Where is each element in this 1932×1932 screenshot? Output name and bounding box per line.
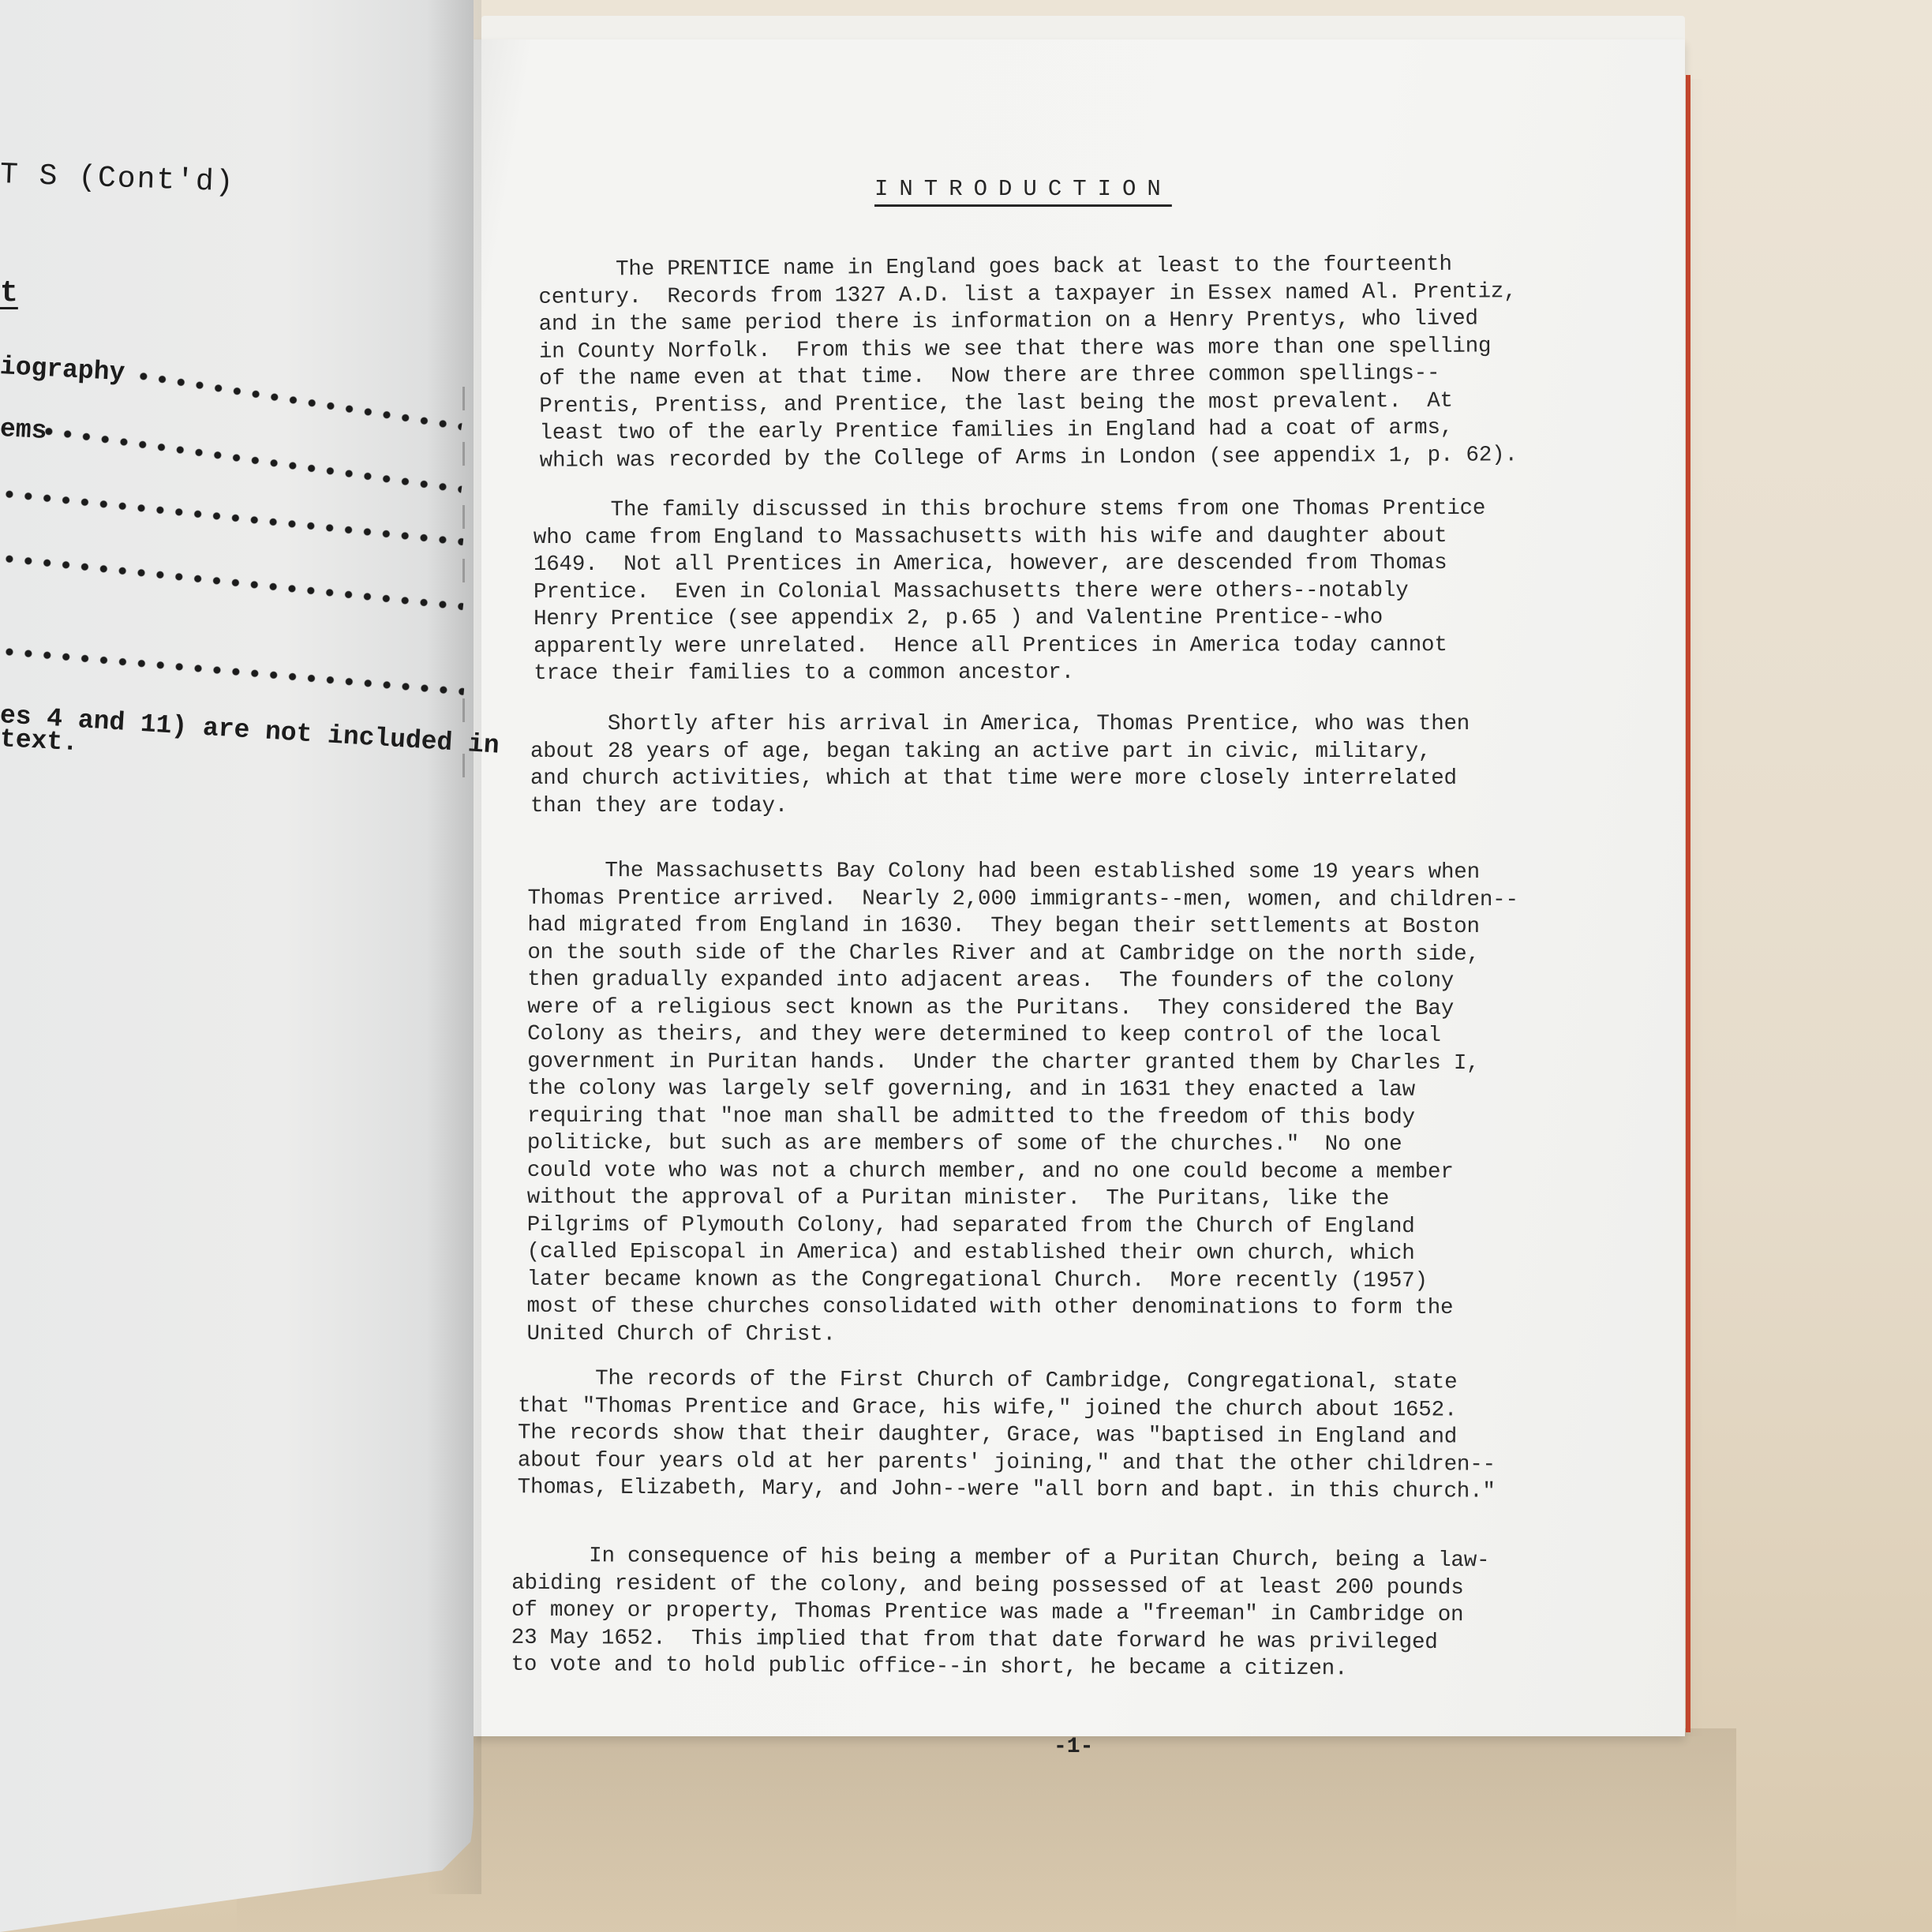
paragraph-2: The family discussed in this brochure st… (534, 496, 1486, 688)
text-line: of money or property, Thomas Prentice wa… (511, 1597, 1489, 1630)
text-line: Pilgrims of Plymouth Colony, had separat… (527, 1211, 1518, 1241)
gutter-shadow (426, 0, 481, 1894)
paragraph-6: In consequence of his being a member of … (511, 1543, 1490, 1684)
text-line: on the south side of the Charles River a… (527, 939, 1518, 968)
text-line: (called Episcopal in America) and establ… (527, 1239, 1518, 1268)
text-line: The records show that their daughter, Gr… (518, 1420, 1496, 1451)
text-line: than they are today. (530, 793, 1470, 821)
text-line: government in Puritan hands. Under the c… (527, 1048, 1518, 1077)
text-line: apparently were unrelated. Hence all Pre… (534, 631, 1485, 661)
text-line: The family discussed in this brochure st… (534, 496, 1485, 525)
text-line: The records of the First Church of Cambr… (518, 1365, 1496, 1397)
text-line: Thomas Prentice arrived. Nearly 2,000 im… (527, 885, 1518, 914)
paragraph-1: The PRENTICE name in England goes back a… (538, 251, 1518, 475)
text-line: politicke, but such as are members of so… (527, 1130, 1518, 1159)
text-line: without the approval of a Puritan minist… (527, 1185, 1518, 1214)
text-line: had migrated from England in 1630. They … (527, 912, 1518, 942)
text-line: were of a religious sect known as the Pu… (527, 994, 1518, 1023)
text-line: about four years old at her parents' joi… (518, 1447, 1496, 1479)
text-line: Prentice. Even in Colonial Massachusetts… (534, 577, 1485, 606)
text-line: and church activities, which at that tim… (530, 766, 1470, 793)
contents-subheading: t (0, 276, 18, 310)
text-line: that "Thomas Prentice and Grace, his wif… (518, 1393, 1496, 1425)
page-title: INTRODUCTION (874, 176, 1172, 202)
text-line: 1649. Not all Prentices in America, howe… (534, 550, 1485, 579)
text-line: then gradually expanded into adjacent ar… (527, 967, 1518, 996)
text-line: United Church of Christ. (526, 1320, 1517, 1350)
text-line: about 28 years of age, began taking an a… (530, 739, 1470, 766)
paragraph-3: Shortly after his arrival in America, Th… (530, 711, 1470, 820)
page-number-fragment (462, 442, 465, 466)
text-line: Shortly after his arrival in America, Th… (530, 711, 1470, 739)
contents-note-line: text. (0, 724, 79, 758)
text-line: the colony was largely self governing, a… (527, 1076, 1518, 1105)
page-number-fragment (462, 698, 465, 722)
page-number-fragment (462, 387, 465, 410)
page-number-fragment (462, 754, 465, 777)
text-line: could vote who was not a church member, … (527, 1157, 1518, 1186)
text-line: most of these churches consolidated with… (527, 1294, 1518, 1323)
left-page (0, 0, 474, 1932)
text-line: Colony as theirs, and they were determin… (527, 1021, 1518, 1050)
page-number-fragment (462, 505, 465, 529)
text-line: requiring that "noe man shall be admitte… (527, 1103, 1518, 1132)
text-line: Henry Prentice (see appendix 2, p.65 ) a… (534, 605, 1485, 634)
text-line: In consequence of his being a member of … (511, 1543, 1489, 1575)
text-line: Thomas, Elizabeth, Mary, and John--were … (518, 1474, 1496, 1506)
page-number-fragment (462, 559, 465, 582)
text-line: who came from England to Massachusetts w… (534, 522, 1485, 552)
text-line: The Massachusetts Bay Colony had been es… (527, 858, 1518, 887)
text-line: later became known as the Congregational… (527, 1266, 1518, 1295)
text-line: to vote and to hold public office--in sh… (511, 1652, 1489, 1684)
paragraph-5: The records of the First Church of Cambr… (518, 1365, 1496, 1506)
page-number: -1- (1054, 1735, 1093, 1759)
text-line: trace their families to a common ancesto… (534, 659, 1485, 688)
red-cover-edge (1686, 75, 1690, 1732)
paragraph-4: The Massachusetts Bay Colony had been es… (526, 858, 1518, 1350)
